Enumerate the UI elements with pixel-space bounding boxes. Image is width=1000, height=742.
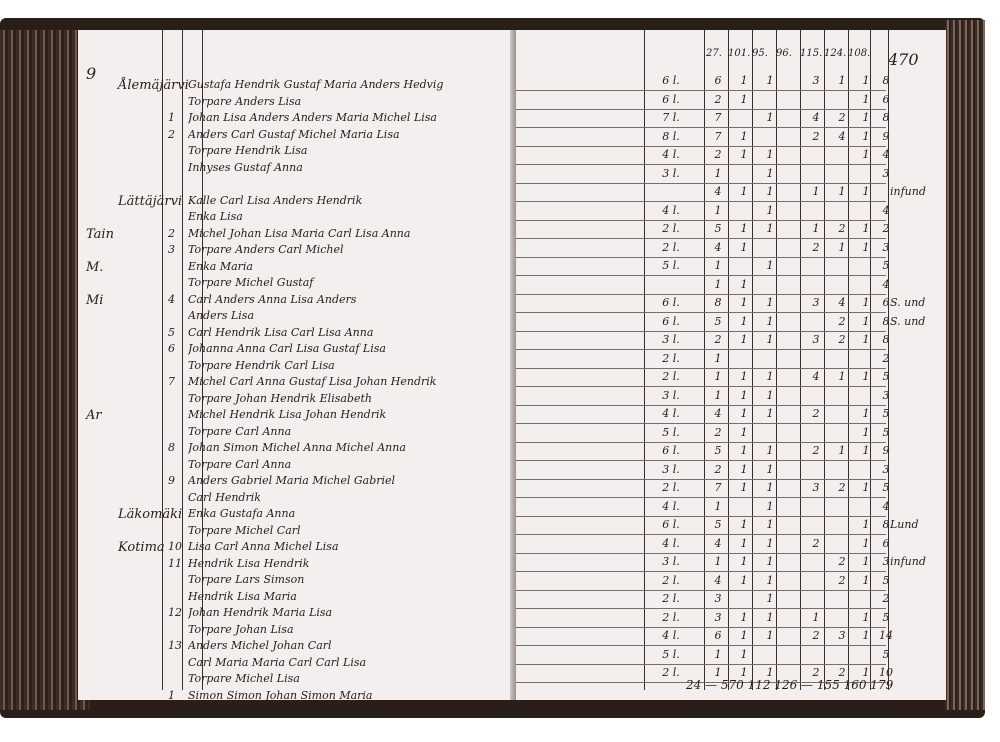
tally-cell: 1 xyxy=(832,74,852,87)
tally-cell: 5 xyxy=(876,611,896,624)
tally-cell: 2 xyxy=(832,574,852,587)
margin-note: S. und xyxy=(890,296,925,309)
tally-cell: 6 xyxy=(708,74,728,87)
tally-cell: 4 xyxy=(806,111,826,124)
column-header: 101. xyxy=(728,48,750,59)
tally-cell: 3 xyxy=(708,611,728,624)
tally-cell: 1 xyxy=(806,611,826,624)
tally-cell: 1 xyxy=(760,148,780,161)
tally-cell: 1 xyxy=(806,185,826,198)
household-names: Anders Carl Gustaf Michel Maria Lisa xyxy=(188,128,508,141)
age-cell: 5 l. xyxy=(646,259,696,272)
household-number: 13 xyxy=(168,639,182,652)
age-cell: 2 l. xyxy=(646,481,696,494)
tally-cell: 3 xyxy=(832,629,852,642)
tally-cell: 1 xyxy=(832,370,852,383)
tally-cell: 5 xyxy=(876,407,896,420)
tally-cell: 1 xyxy=(760,629,780,642)
household-names: Torpare Michel Gustaf xyxy=(188,276,508,289)
tally-cell: 1 xyxy=(856,333,876,346)
household-names: Torpare Michel Lisa xyxy=(188,672,508,685)
column-header: 115. xyxy=(800,48,822,59)
tally-cell: 1 xyxy=(734,333,754,346)
household-names: Inhyses Gustaf Anna xyxy=(188,161,508,174)
tally-cell: 8 xyxy=(876,74,896,87)
age-cell: 3 l. xyxy=(646,389,696,402)
tally-cell: 1 xyxy=(760,574,780,587)
left-page: Gustafa Hendrik Gustaf Maria Anders Hedv… xyxy=(78,30,516,700)
tally-cell: 2 xyxy=(832,555,852,568)
household-number: 7 xyxy=(168,375,182,388)
tally-cell: 6 xyxy=(876,537,896,550)
tally-cell: 2 xyxy=(806,629,826,642)
household-number: 6 xyxy=(168,342,182,355)
tally-cell: 5 xyxy=(876,648,896,661)
tally-cell: 1 xyxy=(760,370,780,383)
tally-cell: 1 xyxy=(734,407,754,420)
tally-cell: 1 xyxy=(734,185,754,198)
tally-cell: 3 xyxy=(876,463,896,476)
tally-cell: 1 xyxy=(856,148,876,161)
tally-cell: 1 xyxy=(734,241,754,254)
tally-cell: 1 xyxy=(708,389,728,402)
tally-cell: 1 xyxy=(856,518,876,531)
tally-cell: 1 xyxy=(856,629,876,642)
household-names: Lisa Carl Anna Michel Lisa xyxy=(188,540,508,553)
tally-cell: 4 xyxy=(708,185,728,198)
household-number: 10 xyxy=(168,540,182,553)
tally-cell: 8 xyxy=(708,296,728,309)
tally-cell: 3 xyxy=(876,389,896,402)
tally-cell: 2 xyxy=(832,333,852,346)
tally-cell: 5 xyxy=(708,222,728,235)
tally-cell: 4 xyxy=(876,148,896,161)
tally-cell: 2 xyxy=(806,241,826,254)
tally-cell: 4 xyxy=(876,500,896,513)
tally-cell: 1 xyxy=(760,111,780,124)
tally-cell: 2 xyxy=(708,426,728,439)
tally-cell: 2 xyxy=(806,130,826,143)
age-cell: 6 l. xyxy=(646,315,696,328)
tally-cell: 2 xyxy=(876,222,896,235)
household-names: Michel Johan Lisa Maria Carl Lisa Anna xyxy=(188,227,508,240)
column-header: 96. xyxy=(776,48,792,59)
tally-cell: 5 xyxy=(876,370,896,383)
tally-cell: 1 xyxy=(832,241,852,254)
tally-cell: 1 xyxy=(734,518,754,531)
tally-cell: 2 xyxy=(708,333,728,346)
tally-cell: 8 xyxy=(876,111,896,124)
tally-cell: 1 xyxy=(760,592,780,605)
household-names: Anders Lisa xyxy=(188,309,508,322)
age-cell: 3 l. xyxy=(646,463,696,476)
tally-cell: 1 xyxy=(760,555,780,568)
tally-cell: 1 xyxy=(734,222,754,235)
tally-cell: 1 xyxy=(856,296,876,309)
household-names: Torpare Lars Simson xyxy=(188,573,508,586)
tally-cell: 1 xyxy=(760,407,780,420)
column-header: 124. xyxy=(824,48,846,59)
age-cell: 2 l. xyxy=(646,352,696,365)
household-names: Torpare Carl Anna xyxy=(188,458,508,471)
tally-cell: 4 xyxy=(832,296,852,309)
tally-cell: 3 xyxy=(806,333,826,346)
tally-cell: 7 xyxy=(708,111,728,124)
place-name: Kotima xyxy=(118,540,165,555)
age-cell: 6 l. xyxy=(646,93,696,106)
tally-cell: 2 xyxy=(806,444,826,457)
tally-cell: 1 xyxy=(734,611,754,624)
household-names: Torpare Anders Carl Michel xyxy=(188,243,508,256)
tally-cell: 1 xyxy=(856,222,876,235)
tally-cell: 1 xyxy=(734,481,754,494)
tally-cell: 1 xyxy=(734,148,754,161)
tally-cell: 1 xyxy=(856,315,876,328)
household-number: 9 xyxy=(168,474,182,487)
tally-cell: 1 xyxy=(708,278,728,291)
age-cell: 3 l. xyxy=(646,333,696,346)
margin-note: Ar xyxy=(86,408,102,423)
tally-cell: 2 xyxy=(876,352,896,365)
margin-note: infund xyxy=(890,555,926,568)
household-names: Johan Simon Michel Anna Michel Anna xyxy=(188,441,508,454)
tally-cell: 3 xyxy=(806,296,826,309)
age-cell: 5 l. xyxy=(646,648,696,661)
right-page: 470 27.101.95.96.115.124.108.6 l.6113118… xyxy=(516,30,946,700)
tally-cell: 1 xyxy=(734,315,754,328)
tally-cell: 1 xyxy=(708,370,728,383)
household-number: 4 xyxy=(168,293,182,306)
tally-cell: 2 xyxy=(708,93,728,106)
household-names: Hendrik Lisa Maria xyxy=(188,590,508,603)
column-header: 108. xyxy=(848,48,870,59)
household-number: 1 xyxy=(168,689,182,702)
tally-cell: 1 xyxy=(832,444,852,457)
household-names: Torpare Hendrik Lisa xyxy=(188,144,508,157)
household-names: Carl Maria Maria Carl Carl Lisa xyxy=(188,656,508,669)
household-names: Torpare Michel Carl xyxy=(188,524,508,537)
age-cell: 6 l. xyxy=(646,518,696,531)
tally-cell: 2 xyxy=(806,537,826,550)
household-number: 2 xyxy=(168,227,182,240)
household-names: Michel Hendrik Lisa Johan Hendrik xyxy=(188,408,508,421)
household-names: Enka Maria xyxy=(188,260,508,273)
tally-cell: 1 xyxy=(856,370,876,383)
tally-cell: 2 xyxy=(708,463,728,476)
tally-cell: 3 xyxy=(876,167,896,180)
book-edge-right xyxy=(945,20,985,710)
age-cell: 5 l. xyxy=(646,426,696,439)
age-cell: 2 l. xyxy=(646,611,696,624)
tally-cell: 3 xyxy=(806,481,826,494)
household-names: Hendrik Lisa Hendrik xyxy=(188,557,508,570)
tally-cell: 1 xyxy=(734,278,754,291)
age-cell: 7 l. xyxy=(646,111,696,124)
household-names: Michel Carl Anna Gustaf Lisa Johan Hendr… xyxy=(188,375,508,388)
tally-cell: 1 xyxy=(856,537,876,550)
age-cell: 6 l. xyxy=(646,444,696,457)
tally-cell: 3 xyxy=(806,74,826,87)
tally-cell: 5 xyxy=(708,315,728,328)
tally-cell: 1 xyxy=(760,185,780,198)
tally-cell: 5 xyxy=(708,444,728,457)
tally-cell: 4 xyxy=(708,407,728,420)
tally-cell: 4 xyxy=(708,537,728,550)
tally-cell: 1 xyxy=(760,204,780,217)
tally-cell: 3 xyxy=(876,241,896,254)
book-edge-left xyxy=(0,30,90,710)
age-cell: 2 l. xyxy=(646,592,696,605)
tally-cell: 1 xyxy=(856,111,876,124)
tally-cell: 2 xyxy=(708,148,728,161)
age-cell: 6 l. xyxy=(646,296,696,309)
tally-cell: 2 xyxy=(832,481,852,494)
tally-cell: 5 xyxy=(876,426,896,439)
tally-cell: 1 xyxy=(708,352,728,365)
age-cell: 4 l. xyxy=(646,204,696,217)
tally-cell: 2 xyxy=(832,315,852,328)
tally-cell: 1 xyxy=(708,648,728,661)
tally-cell: 8 xyxy=(876,333,896,346)
margin-note: infund xyxy=(890,185,926,198)
tally-cell: 1 xyxy=(734,537,754,550)
household-names: Simon Simon Johan Simon Maria xyxy=(188,689,508,702)
tally-cell: 6 xyxy=(876,93,896,106)
tally-cell: 3 xyxy=(708,592,728,605)
age-cell: 2 l. xyxy=(646,241,696,254)
age-cell: 2 l. xyxy=(646,370,696,383)
tally-cell: 1 xyxy=(856,574,876,587)
tally-cell: 1 xyxy=(734,370,754,383)
tally-cell: 1 xyxy=(734,296,754,309)
household-number: 8 xyxy=(168,441,182,454)
tally-cell: 2 xyxy=(876,592,896,605)
tally-cell: 1 xyxy=(856,130,876,143)
tally-cell: 5 xyxy=(876,259,896,272)
household-names: Enka Lisa xyxy=(188,210,508,223)
tally-cell: 1 xyxy=(760,518,780,531)
place-name: Lättäjärvi xyxy=(118,194,182,209)
tally-cell: 1 xyxy=(760,463,780,476)
tally-cell: 1 xyxy=(760,537,780,550)
tally-cell: 1 xyxy=(760,333,780,346)
margin-note: Lund xyxy=(890,518,919,531)
tally-cell: 2 xyxy=(832,111,852,124)
tally-cell: 2 xyxy=(806,407,826,420)
tally-cell: 1 xyxy=(760,167,780,180)
household-names: Torpare Johan Hendrik Elisabeth xyxy=(188,392,508,405)
tally-cell: 4 xyxy=(708,241,728,254)
age-cell: 4 l. xyxy=(646,500,696,513)
household-number: 5 xyxy=(168,326,182,339)
place-name: Ålemäjärvi xyxy=(118,78,189,93)
tally-cell: 6 xyxy=(708,629,728,642)
household-names: Carl Anders Anna Lisa Anders xyxy=(188,293,508,306)
tally-cell: 1 xyxy=(760,222,780,235)
tally-cell: 1 xyxy=(734,629,754,642)
tally-cell: 1 xyxy=(734,130,754,143)
tally-cell: 1 xyxy=(708,555,728,568)
tally-cell: 1 xyxy=(734,648,754,661)
household-names: Torpare Carl Anna xyxy=(188,425,508,438)
margin-note: Tain xyxy=(86,227,114,242)
ledger-row: 1Simon Simon Johan Simon Maria xyxy=(78,689,516,711)
tally-cell: 1 xyxy=(856,481,876,494)
tally-cell: 5 xyxy=(708,518,728,531)
tally-cell: 1 xyxy=(760,481,780,494)
column-header: 95. xyxy=(752,48,768,59)
tally-cell: 1 xyxy=(760,444,780,457)
household-number: 2 xyxy=(168,128,182,141)
tally-cell: 9 xyxy=(876,444,896,457)
tally-cell: 1 xyxy=(734,389,754,402)
tally-cell: 2 xyxy=(832,222,852,235)
household-names: Enka Gustafa Anna xyxy=(188,507,508,520)
tally-cell: 1 xyxy=(832,185,852,198)
tally-cell: 1 xyxy=(856,426,876,439)
household-names: Carl Hendrik xyxy=(188,491,508,504)
margin-note: Mi xyxy=(86,293,103,308)
tally-cell: 1 xyxy=(856,74,876,87)
tally-cell: 5 xyxy=(876,481,896,494)
household-names: Johan Lisa Anders Anders Maria Michel Li… xyxy=(188,111,508,124)
age-cell: 4 l. xyxy=(646,537,696,550)
tally-cell: 4 xyxy=(876,278,896,291)
tally-cell: 1 xyxy=(760,296,780,309)
margin-number: 9 xyxy=(86,64,96,83)
tally-cell: 7 xyxy=(708,130,728,143)
tally-cell: 1 xyxy=(734,93,754,106)
tally-cell: 1 xyxy=(856,555,876,568)
column-header: 27. xyxy=(706,48,722,59)
tally-cell: 1 xyxy=(760,74,780,87)
age-cell: 4 l. xyxy=(646,148,696,161)
age-cell: 4 l. xyxy=(646,629,696,642)
household-names: Torpare Johan Lisa xyxy=(188,623,508,636)
household-names: Johan Hendrik Maria Lisa xyxy=(188,606,508,619)
household-number: 12 xyxy=(168,606,182,619)
tally-cell: 1 xyxy=(856,93,876,106)
tally-cell: 1 xyxy=(760,259,780,272)
tally-cell: 1 xyxy=(708,500,728,513)
age-cell: 2 l. xyxy=(646,574,696,587)
tally-cell: 1 xyxy=(734,426,754,439)
tally-cell: 1 xyxy=(708,204,728,217)
household-names: Johanna Anna Carl Lisa Gustaf Lisa xyxy=(188,342,508,355)
tally-cell: 1 xyxy=(734,444,754,457)
tally-cell: 4 xyxy=(708,574,728,587)
tally-cell: 1 xyxy=(708,259,728,272)
household-number: 11 xyxy=(168,557,182,570)
household-names: Torpare Anders Lisa xyxy=(188,95,508,108)
tally-cell: 1 xyxy=(856,241,876,254)
column-totals: 24 — 570 112 126 — 155 160 179 xyxy=(686,678,893,692)
age-cell: 4 l. xyxy=(646,407,696,420)
household-names: Anders Michel Johan Carl xyxy=(188,639,508,652)
tally-cell: 1 xyxy=(760,389,780,402)
tally-cell: 1 xyxy=(734,555,754,568)
tally-cell: 1 xyxy=(734,574,754,587)
household-number: 3 xyxy=(168,243,182,256)
age-cell: 3 l. xyxy=(646,555,696,568)
tally-cell: 4 xyxy=(806,370,826,383)
tally-cell: 1 xyxy=(856,185,876,198)
tally-cell: 1 xyxy=(708,167,728,180)
age-cell: 6 l. xyxy=(646,74,696,87)
household-names: Carl Hendrik Lisa Carl Lisa Anna xyxy=(188,326,508,339)
tally-cell: 4 xyxy=(832,130,852,143)
margin-note: S. und xyxy=(890,315,925,328)
tally-cell: 7 xyxy=(708,481,728,494)
tally-cell: 1 xyxy=(856,444,876,457)
tally-cell: 1 xyxy=(760,611,780,624)
place-name: Läkomäki xyxy=(118,507,182,522)
age-cell: 2 l. xyxy=(646,222,696,235)
tally-cell: 1 xyxy=(806,222,826,235)
margin-note: M. xyxy=(86,260,103,275)
household-names: Anders Gabriel Maria Michel Gabriel xyxy=(188,474,508,487)
tally-cell: 4 xyxy=(876,204,896,217)
household-number: 1 xyxy=(168,111,182,124)
age-cell: 3 l. xyxy=(646,167,696,180)
page-number: 470 xyxy=(888,50,919,69)
tally-cell: 1 xyxy=(856,611,876,624)
age-cell: 8 l. xyxy=(646,130,696,143)
tally-cell: 1 xyxy=(856,407,876,420)
tally-cell: 9 xyxy=(876,130,896,143)
tally-cell: 1 xyxy=(734,463,754,476)
household-names: Gustafa Hendrik Gustaf Maria Anders Hedv… xyxy=(188,78,508,91)
household-names: Kalle Carl Lisa Anders Hendrik xyxy=(188,194,508,207)
household-names: Torpare Hendrik Carl Lisa xyxy=(188,359,508,372)
tally-cell: 1 xyxy=(734,74,754,87)
tally-cell: 1 xyxy=(760,315,780,328)
tally-cell: 5 xyxy=(876,574,896,587)
tally-cell: 14 xyxy=(876,629,896,642)
tally-cell: 1 xyxy=(760,500,780,513)
